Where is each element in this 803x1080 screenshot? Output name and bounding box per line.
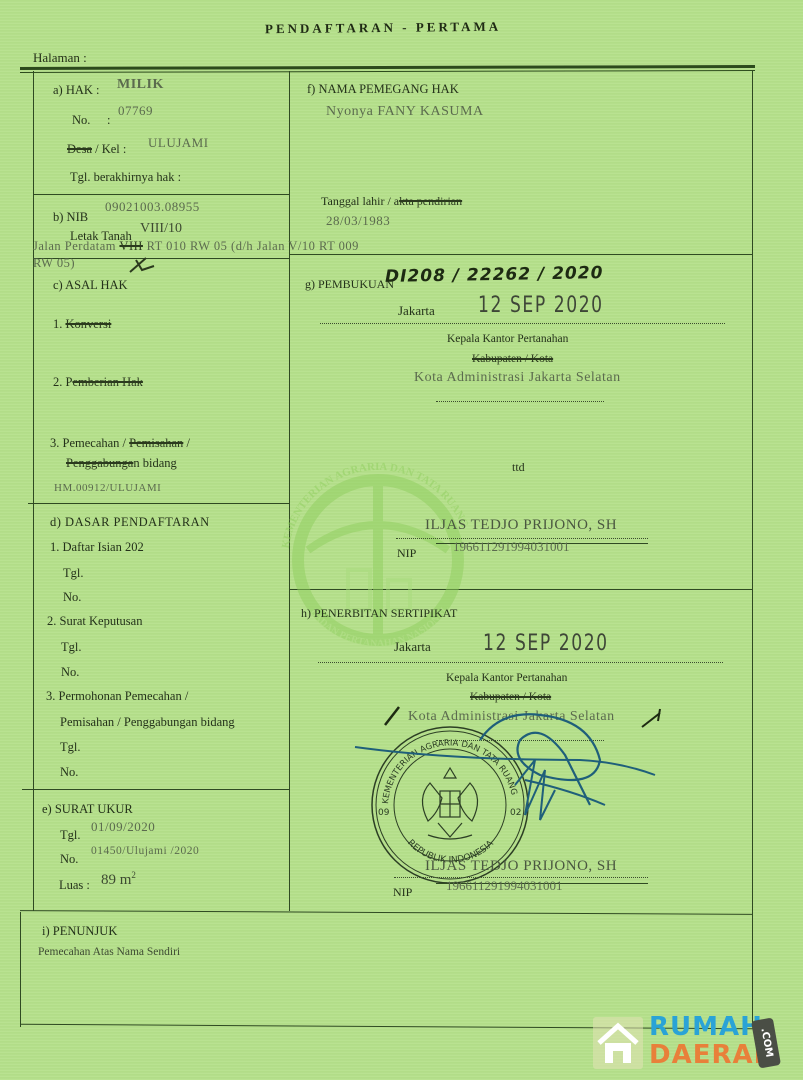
- divider-c-d: [28, 503, 290, 504]
- pemegang-hak-label: f) NAMA PEMEGANG HAK: [307, 82, 459, 97]
- dasar-item1-tgl: Tgl.: [63, 566, 83, 581]
- pembukuan-signatory: ILJAS TEDJO PRIJONO, SH: [425, 517, 617, 534]
- hak-value: MILIK: [117, 77, 164, 93]
- bpn-watermark-emblem: KEMENTERIAN AGRARIA DAN TATA RUANG BADAN…: [258, 440, 498, 680]
- hak-label: a) HAK :: [53, 83, 100, 98]
- asal-item1-num: 1.: [53, 317, 62, 331]
- pembukuan-city: Jakarta: [398, 303, 435, 319]
- dob-struck: kta pendirian: [399, 194, 462, 208]
- pembukuan-nip-value: 196611291994031001: [453, 539, 570, 555]
- page-label: Halaman :: [33, 50, 87, 66]
- address-line2: RW 05): [33, 256, 75, 271]
- asal-reference: HM.00912/ULUJAMI: [54, 482, 161, 494]
- luas-label: Luas :: [59, 878, 90, 893]
- divider-a-b: [33, 194, 289, 195]
- pembukuan-date-stamp: 12 SEP 2020: [478, 293, 604, 318]
- pembukuan-dotted-line: [320, 323, 725, 324]
- frame-top-border: [20, 65, 755, 73]
- penunjuk-value: Pemecahan Atas Nama Sendiri: [38, 946, 180, 958]
- handwritten-signature: [350, 700, 670, 840]
- surat-ukur-date: 01/09/2020: [91, 819, 155, 835]
- rumahdaerah-logo: RUMAH DAERAH .COM: [593, 1013, 798, 1075]
- logo-text-rumah: RUMAH: [649, 1013, 763, 1041]
- dasar-item3-no: No.: [60, 765, 78, 780]
- penerbitan-nip-label: NIP: [393, 885, 412, 900]
- penerbitan-office-title: Kepala Kantor Pertanahan: [446, 672, 567, 684]
- asal-hak-label: c) ASAL HAK: [53, 278, 128, 293]
- asal-item3-a: 3. Pemecahan /: [50, 436, 129, 450]
- nib-value: 09021003.08955: [105, 199, 200, 215]
- pembukuan-nip-label: NIP: [397, 546, 416, 561]
- initial-mark-icon: [128, 254, 158, 274]
- surat-ukur-number: 01450/Ulujami /2020: [91, 845, 199, 857]
- penerbitan-nip-value: 196611291994031001: [446, 878, 563, 894]
- expiry-label: Tgl. berakhirnya hak :: [70, 170, 181, 185]
- penerbitan-dotted-line: [318, 662, 723, 663]
- asal-item3-c: n bidang: [133, 456, 176, 470]
- address-struck: VIII: [119, 239, 143, 253]
- dasar-item2-no: No.: [61, 665, 79, 680]
- divider-d-e: [22, 789, 290, 790]
- asal-item3-struck-b: Penggabunga: [66, 456, 133, 470]
- dasar-item3-line2: Pemisahan / Penggabungan bidang: [60, 715, 235, 730]
- desa-struck: Desa: [67, 142, 92, 156]
- frame-left-border: [33, 71, 34, 911]
- frame-right-border: [752, 71, 753, 1026]
- letak-tanah-top-value: VIII/10: [140, 221, 182, 237]
- dasar-item3-tgl: Tgl.: [60, 740, 80, 755]
- asal-item1-struck: Konversi: [66, 317, 112, 331]
- dasar-item1: 1. Daftar Isian 202: [50, 540, 144, 555]
- logo-house-icon-box: [593, 1017, 643, 1069]
- pembukuan-office-struck: Kabupaten / Kota: [472, 353, 553, 365]
- penunjuk-label: i) PENUNJUK: [42, 924, 117, 939]
- dasar-item1-no: No.: [63, 590, 81, 605]
- signed-ttd: ttd: [512, 460, 525, 475]
- address-rest: RT 010 RW 05 (d/h Jalan V/10 RT 009: [147, 239, 359, 253]
- penerbitan-date-stamp: 12 SEP 2020: [483, 631, 609, 656]
- pembukuan-handwritten-number: DI208 / 22262 / 2020: [385, 263, 604, 287]
- no-colon: :: [107, 113, 110, 128]
- date-of-birth: 28/03/1983: [326, 213, 390, 229]
- address-prefix: Jalan Perdatam: [33, 239, 116, 253]
- pembukuan-office-dotted: [436, 401, 604, 402]
- asal-item2-num: 2. P: [53, 375, 72, 389]
- dasar-item3-line1: 3. Permohonan Pemecahan /: [46, 689, 188, 704]
- kelurahan-value: ULUJAMI: [148, 135, 209, 151]
- divider-i-top: [20, 910, 753, 915]
- pembukuan-label: g) PEMBUKUAN: [305, 277, 394, 292]
- nib-label: b) NIB: [53, 210, 88, 225]
- asal-item3-struck-a: Pemisahan: [129, 436, 183, 450]
- hak-number-value: 07769: [118, 103, 153, 119]
- no-label: No.: [72, 113, 90, 128]
- asal-item2-struck: emberian Hak: [72, 375, 142, 389]
- document-title: PENDAFTARAN - PERTAMA: [265, 19, 501, 37]
- penerbitan-signatory: ILJAS TEDJO PRIJONO, SH: [425, 858, 617, 875]
- pembukuan-office-name: Kota Administrasi Jakarta Selatan: [414, 370, 621, 386]
- asal-item3-b: /: [183, 436, 190, 450]
- pembukuan-office-title: Kepala Kantor Pertanahan: [447, 333, 568, 345]
- house-icon: [593, 1017, 643, 1069]
- frame-left-lower: [20, 912, 21, 1027]
- luas-unit-sup: 2: [131, 870, 136, 880]
- surat-ukur-label: e) SURAT UKUR: [42, 802, 133, 817]
- divider-f-g: [290, 254, 752, 255]
- luas-value: 89 m: [101, 872, 131, 888]
- kel-label: / Kel :: [95, 142, 126, 156]
- surat-ukur-no-label: No.: [60, 852, 78, 867]
- penerbitan-city: Jakarta: [394, 639, 431, 655]
- dasar-item2-tgl: Tgl.: [61, 640, 81, 655]
- penerbitan-label: h) PENERBITAN SERTIPIKAT: [301, 606, 457, 621]
- dasar-item2: 2. Surat Keputusan: [47, 614, 142, 629]
- dasar-label: d) DASAR PENDAFTARAN: [50, 515, 210, 530]
- surat-ukur-tgl-label: Tgl.: [60, 828, 80, 843]
- holder-name: Nyonya FANY KASUMA: [326, 104, 484, 120]
- dob-label: Tanggal lahir / a: [321, 194, 399, 208]
